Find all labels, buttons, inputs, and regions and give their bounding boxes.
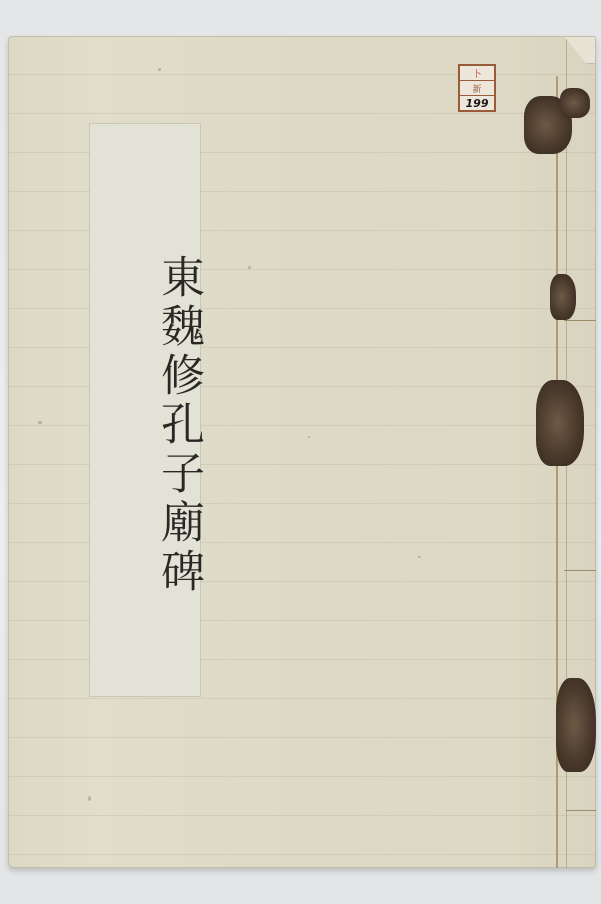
worm-damage-patch <box>556 678 596 772</box>
label-top-mark: 卜 <box>460 66 494 81</box>
title-slip: 東魏修孔子廟碑 <box>90 124 200 696</box>
worm-damage-patch <box>550 274 576 320</box>
paper-speck <box>248 266 251 269</box>
binding-guide-line <box>564 570 596 571</box>
paper-speck <box>38 421 42 424</box>
worm-damage-patch <box>560 88 590 118</box>
book-title: 東魏修孔子廟碑 <box>90 254 200 597</box>
worm-damage-patch <box>536 380 584 466</box>
binding-guide-line <box>564 320 596 321</box>
binding-guide-line <box>566 810 596 811</box>
paper-speck <box>418 556 421 558</box>
library-call-number-label: 卜 新 199 <box>458 64 496 112</box>
book-cover: 東魏修孔子廟碑 卜 新 199 <box>8 36 596 868</box>
label-number: 199 <box>460 96 494 110</box>
label-middle-mark: 新 <box>460 81 494 96</box>
paper-speck <box>308 436 310 438</box>
paper-speck <box>88 796 91 801</box>
paper-speck <box>158 68 161 71</box>
